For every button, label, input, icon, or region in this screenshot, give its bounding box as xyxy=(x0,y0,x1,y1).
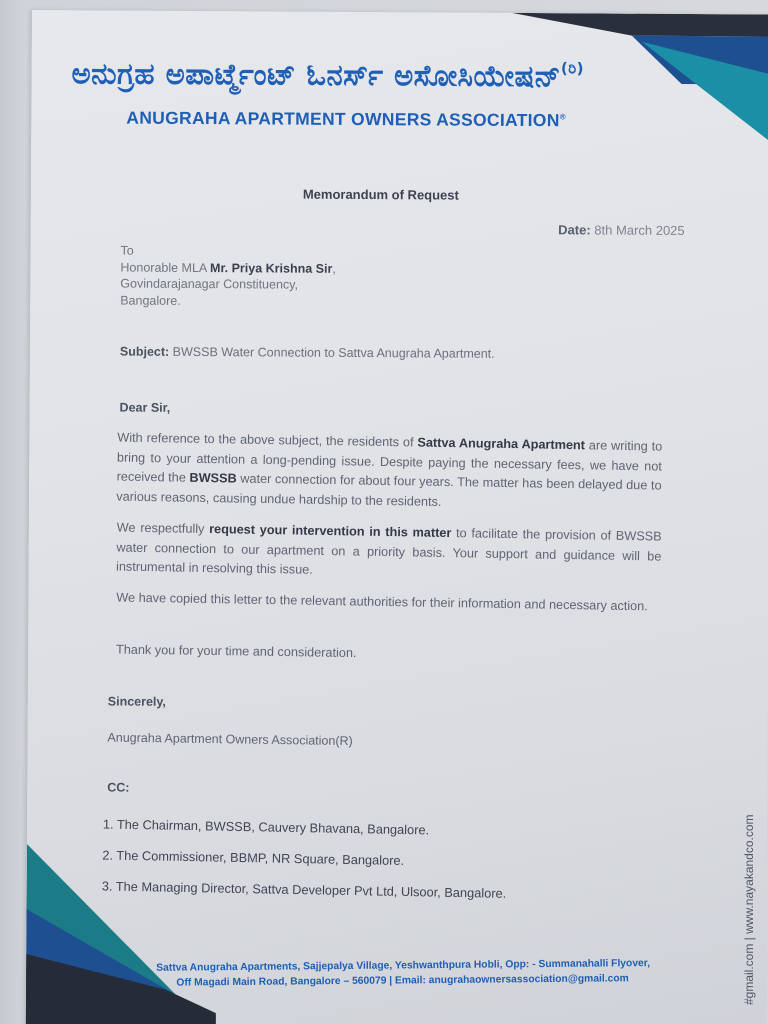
p1-text-a: With reference to the above subject, the… xyxy=(117,431,417,450)
date-label: Date: xyxy=(558,222,591,237)
p2-text-a: We respectfully xyxy=(117,521,210,537)
body-paragraph-1: With reference to the above subject, the… xyxy=(116,429,662,516)
registered-mark: ® xyxy=(560,112,566,121)
memo-title: Memorandum of Request xyxy=(31,185,731,204)
date-value: 8th March 2025 xyxy=(594,222,684,238)
recipient-name: Mr. Priya Krishna Sir xyxy=(210,261,332,276)
letter-page: ಅನುಗ್ರಹ ಅಪಾರ್ಟ್ಮೆಂಟ್ ಓನರ್ಸ್ ಅಸೋಸಿಯೇಷನ್(ರ… xyxy=(26,10,768,1024)
footer-address: Sattva Anugraha Apartments, Sajjepalya V… xyxy=(156,955,716,990)
kannada-registered-mark: (ರಿ) xyxy=(561,59,584,77)
letterhead-kannada-name: ಅನುಗ್ರಹ ಅಪಾರ್ಟ್ಮೆಂಟ್ ಓನರ್ಸ್ ಅಸೋಸಿಯೇಷನ್(ರ… xyxy=(72,56,672,95)
signer-name: Anugraha Apartment Owners Association(R) xyxy=(107,730,352,748)
recipient-line-3: Bangalore. xyxy=(120,292,336,310)
to-label: To xyxy=(120,243,336,261)
letterhead-english-name: ANUGRAHA APARTMENT OWNERS ASSOCIATION® xyxy=(126,108,566,132)
p1-bwssb: BWSSB xyxy=(189,471,236,486)
subject-line: Subject: BWSSB Water Connection to Sattv… xyxy=(120,345,495,361)
recipient-title: Honorable MLA xyxy=(120,260,210,275)
memo-date: Date: 8th March 2025 xyxy=(558,222,685,238)
greeting: Dear Sir, xyxy=(120,401,171,415)
p1-apartment-name: Sattva Anugraha Apartment xyxy=(417,436,585,453)
cc-label: CC: xyxy=(107,780,129,794)
p2-request: request your intervention in this matter xyxy=(209,522,451,540)
recipient-comma: , xyxy=(332,261,336,275)
body-paragraph-4: Thank you for your time and consideratio… xyxy=(116,641,661,669)
footer-corner-graphic xyxy=(26,844,217,1024)
side-watermark-text: #gmail.com | www.nayakandco.com xyxy=(742,814,756,1005)
recipient-address: To Honorable MLA Mr. Priya Krishna Sir, … xyxy=(120,243,336,310)
english-name-text: ANUGRAHA APARTMENT OWNERS ASSOCIATION xyxy=(126,108,559,131)
sign-off: Sincerely, xyxy=(108,694,166,708)
recipient-line-1: Honorable MLA Mr. Priya Krishna Sir, xyxy=(120,259,336,277)
body-paragraph-2: We respectfully request your interventio… xyxy=(116,519,662,587)
body-paragraph-3: We have copied this letter to the releva… xyxy=(116,589,661,618)
recipient-line-2: Govindarajanagar Constituency, xyxy=(120,276,336,294)
subject-label: Subject: xyxy=(120,345,169,359)
kannada-name-text: ಅನುಗ್ರಹ ಅಪಾರ್ಟ್ಮೆಂಟ್ ಓನರ್ಸ್ ಅಸೋಸಿಯೇಷನ್ xyxy=(72,56,561,93)
subject-text: BWSSB Water Connection to Sattva Anugrah… xyxy=(169,345,494,361)
